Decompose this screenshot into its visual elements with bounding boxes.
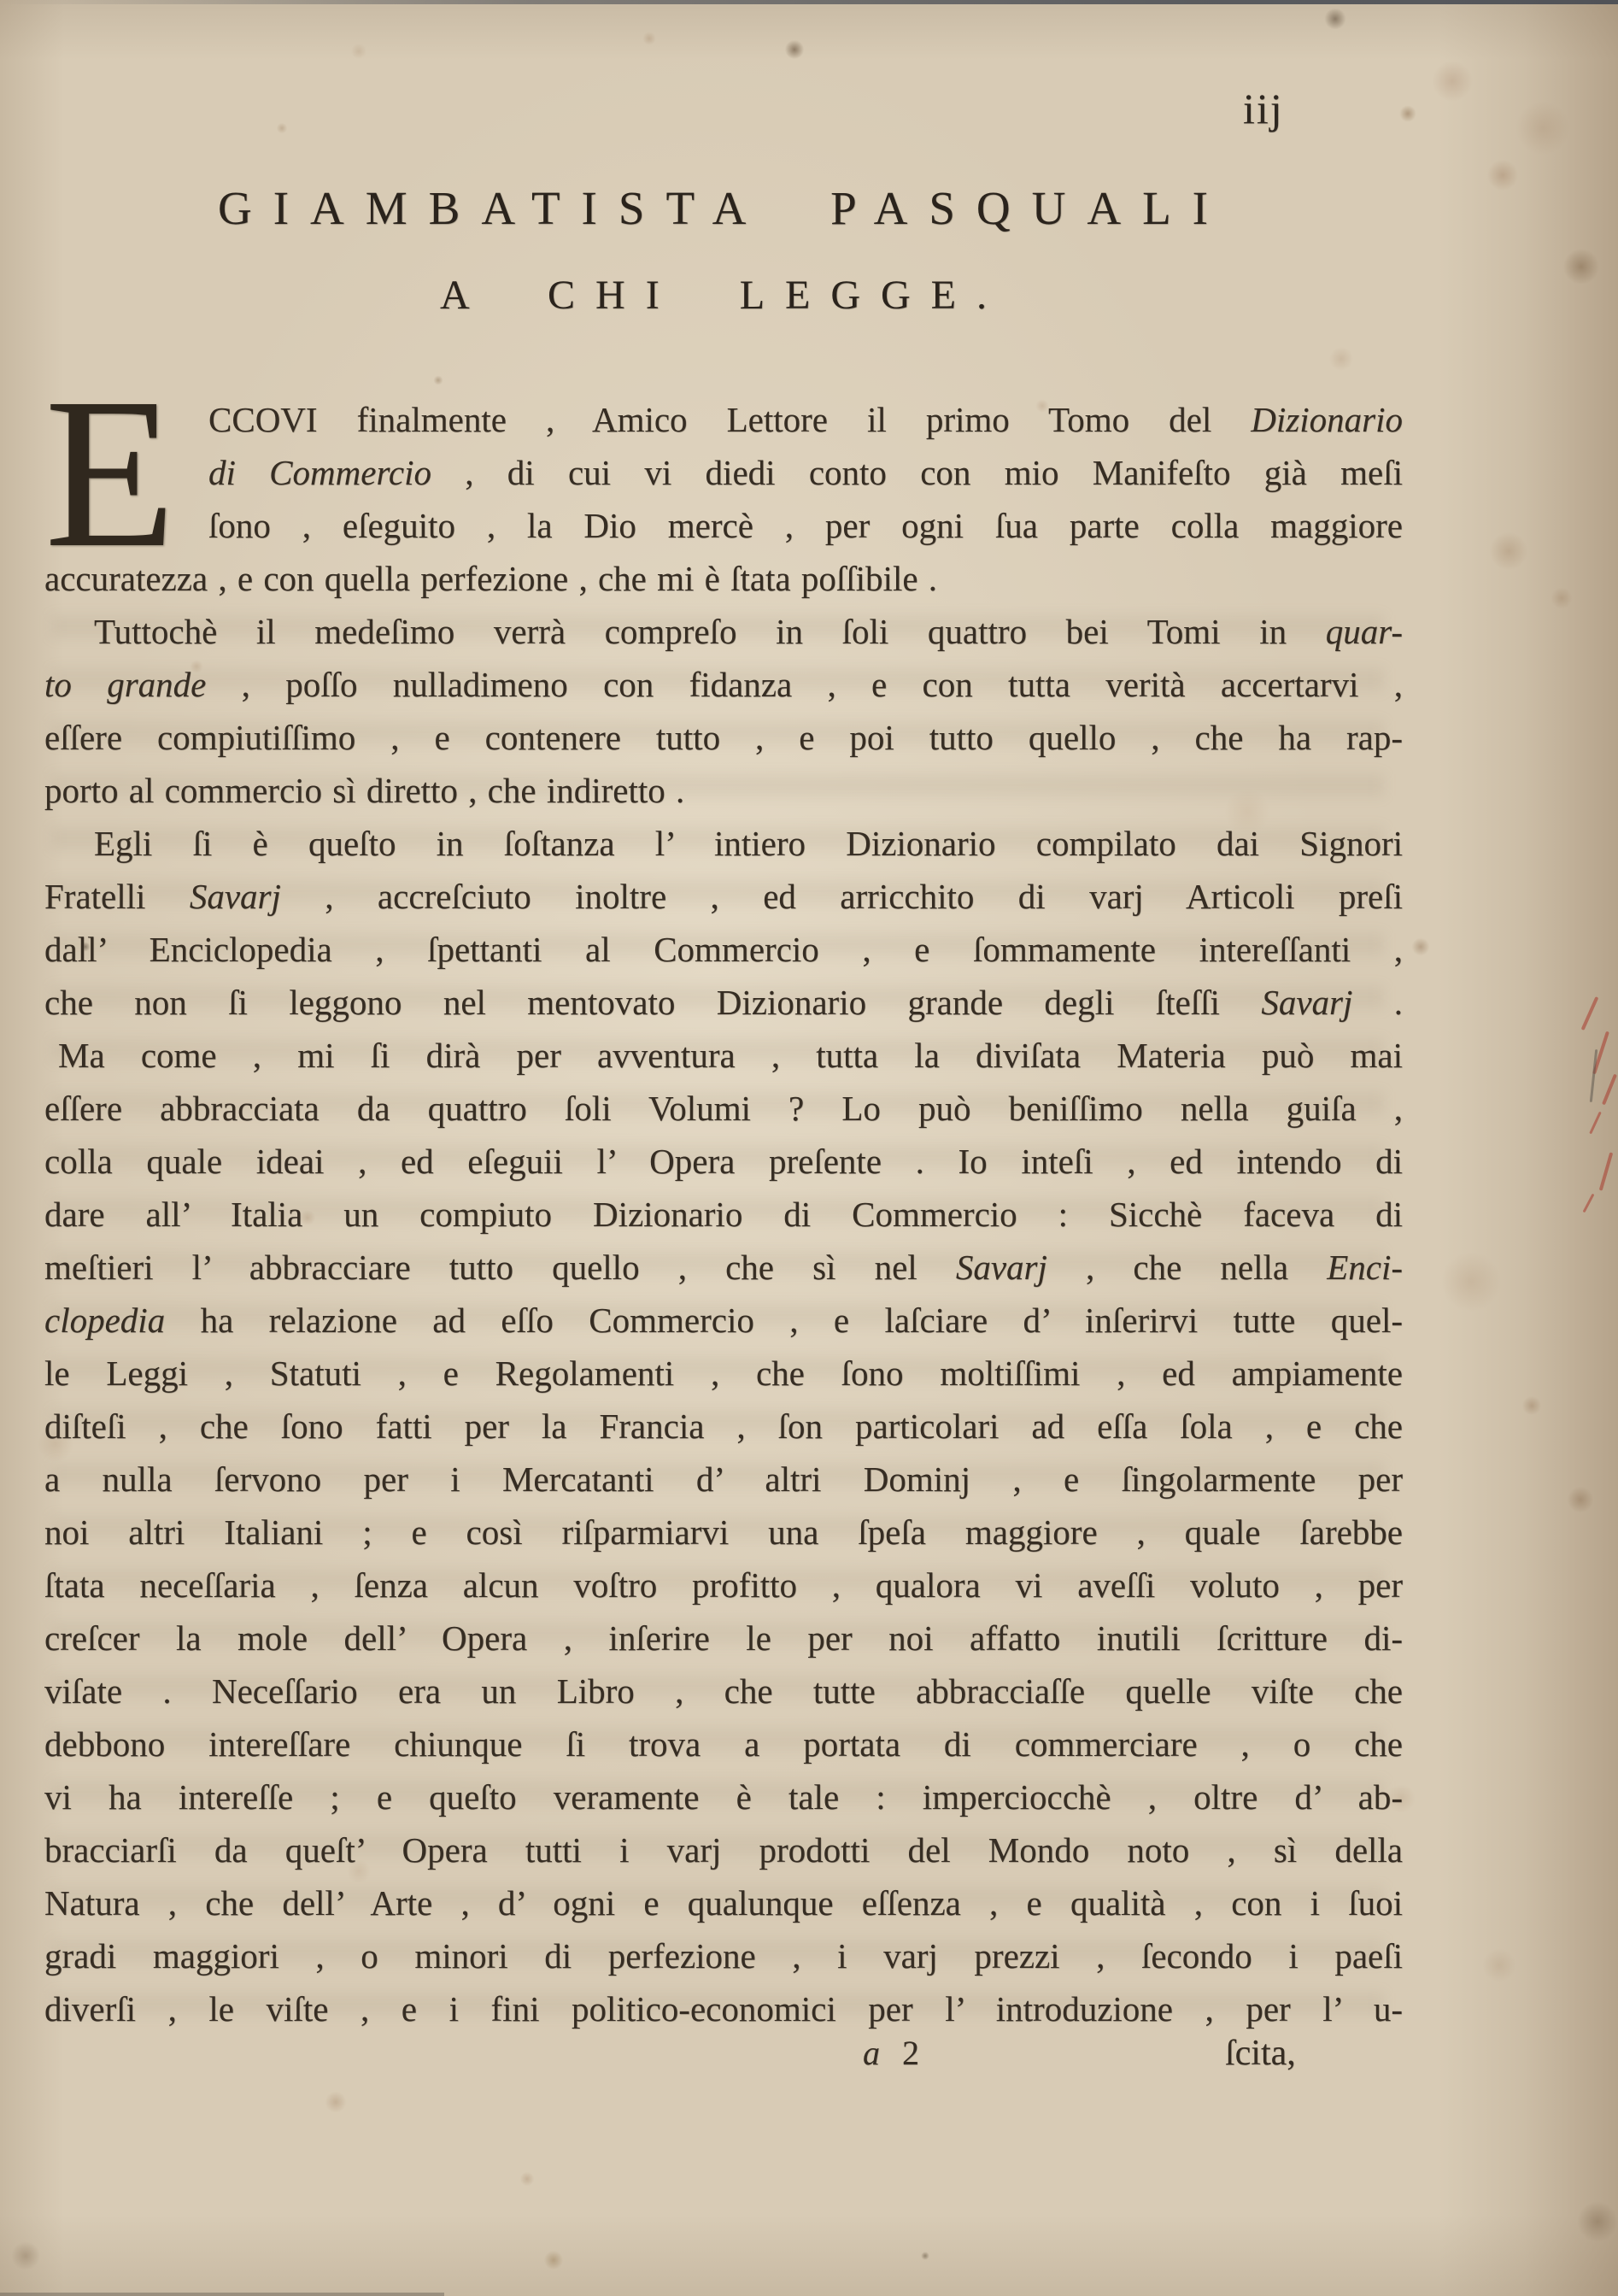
text-line: creſcer la mole dell’ Opera , inſerire l…	[44, 1612, 1403, 1665]
italic-text: quar-	[1326, 612, 1403, 651]
body-text-segment: .	[1352, 983, 1403, 1022]
drop-cap: E	[44, 393, 208, 552]
body-text-segment: , accreſciuto inoltre , ed arricchito di…	[281, 877, 1403, 916]
text-line: debbono intereſſare chiunque ſi trova a …	[44, 1718, 1403, 1770]
body-text-segment: gradi maggiori , o minori di perfezione …	[44, 1936, 1403, 1976]
red-ink-mark	[1583, 1194, 1595, 1213]
italic-text: Savarj	[1261, 983, 1352, 1022]
body-text-segment: eſſere compiutiſſimo , e contenere tutto…	[44, 718, 1403, 757]
red-ink-mark	[1602, 1074, 1617, 1106]
text-line: le Leggi , Statuti , e Regolamenti , che…	[44, 1347, 1403, 1400]
body-text-segment: ſtata neceſſaria , ſenza alcun voſtro pr…	[44, 1565, 1403, 1605]
body-text-segment: , poſſo nulladimeno con fidanza , e con …	[206, 665, 1403, 704]
text-line: Tuttochè il medeſimo verrà compreſo in ſ…	[44, 605, 1403, 658]
body-text-segment: dall’ Enciclopedia , ſpettanti al Commer…	[44, 930, 1403, 969]
body-text-segment: meſtieri l’ abbracciare tutto quello , c…	[44, 1248, 956, 1287]
body-text-segment: , di cui vi diedi conto con mio Manifeſt…	[431, 453, 1403, 492]
text-line: diſteſi , che ſono fatti per la Francia …	[44, 1400, 1403, 1453]
text-line: dall’ Enciclopedia , ſpettanti al Commer…	[44, 923, 1403, 976]
italic-text: di Commercio	[208, 453, 431, 492]
text-line: gradi maggiori , o minori di perfezione …	[44, 1929, 1403, 1982]
body-text-segment: Natura , che dell’ Arte , d’ ogni e qual…	[44, 1883, 1403, 1923]
text-line: ſono , eſeguito , la Dio mercè , per ogn…	[44, 499, 1403, 552]
text-line: porto al commercio sì diretto , che indi…	[44, 764, 1403, 817]
body-text-segment: bracciarſi da queſt’ Opera tutti i varj …	[44, 1830, 1403, 1870]
body-text-segment: a nulla ſervono per i Mercatanti d’ altr…	[44, 1459, 1403, 1499]
text-line: ſtata neceſſaria , ſenza alcun voſtro pr…	[44, 1559, 1403, 1612]
text-line: bracciarſi da queſt’ Opera tutti i varj …	[44, 1823, 1403, 1876]
body-text-segment: Fratelli	[44, 877, 190, 916]
text-line: dare all’ Italia un compiuto Dizionario …	[44, 1188, 1403, 1241]
catchword: ſcita,	[1225, 2027, 1296, 2080]
text-line: a nulla ſervono per i Mercatanti d’ altr…	[44, 1453, 1403, 1506]
body-text-segment: le Leggi , Statuti , e Regolamenti , che…	[44, 1354, 1403, 1393]
body-text-segment: ſono , eſeguito , la Dio mercè , per ogn…	[208, 506, 1403, 545]
signature-letter: a	[863, 2027, 880, 2080]
body-text-segment: diverſi , le viſte , e i fini politico-e…	[44, 1989, 1403, 2029]
red-ink-mark	[1599, 1152, 1614, 1190]
text-line: noi altri Italiani ; e così riſparmiarvi…	[44, 1506, 1403, 1559]
scan-edge-top	[0, 0, 1618, 4]
italic-text: Savarj	[956, 1248, 1047, 1287]
italic-text: clopedia	[44, 1301, 165, 1340]
book-page: iij GIAMBATISTA PASQUALI A CHI LEGGE. E …	[0, 0, 1618, 2296]
scan-edge-bottom	[0, 2293, 444, 2296]
italic-text: Dizionario	[1251, 400, 1403, 439]
page-title: GIAMBATISTA PASQUALI	[44, 181, 1403, 235]
italic-text: Enci-	[1327, 1248, 1403, 1287]
signature-number: 2	[902, 2027, 919, 2080]
scratch-mark	[1590, 1049, 1597, 1102]
body-text-segment: dare all’ Italia un compiuto Dizionario …	[44, 1195, 1403, 1234]
body-text-segment: accuratezza , e con quella perfezione , …	[44, 559, 937, 598]
body-text-segment: Egli ſi è queſto in ſoſtanza l’ intiero …	[94, 824, 1403, 863]
text-line: Natura , che dell’ Arte , d’ ogni e qual…	[44, 1876, 1403, 1929]
italic-text: to grande	[44, 665, 206, 704]
text-line: Egli ſi è queſto in ſoſtanza l’ intiero …	[44, 817, 1403, 870]
body-text: E CCOVI finalmente , Amico Lettore il pr…	[44, 393, 1403, 2035]
red-ink-mark	[1589, 1112, 1602, 1135]
text-line: di Commercio , di cui vi diedi conto con…	[44, 446, 1403, 499]
text-line: CCOVI finalmente , Amico Lettore il prim…	[44, 393, 1403, 446]
text-line: viſate . Neceſſario era un Libro , che t…	[44, 1665, 1403, 1718]
body-text-segment: , che nella	[1047, 1248, 1327, 1287]
body-text-segment: eſſere abbracciata da quattro ſoli Volum…	[44, 1089, 1403, 1128]
body-text-segment: noi altri Italiani ; e così riſparmiarvi…	[44, 1512, 1403, 1552]
red-ink-mark	[1581, 996, 1599, 1031]
text-line: Ma come , mi ſi dirà per avventura , tut…	[44, 1029, 1403, 1082]
text-line: to grande , poſſo nulladimeno con fidanz…	[44, 658, 1403, 711]
page-subtitle: A CHI LEGGE.	[44, 272, 1403, 319]
italic-text: Savarj	[190, 877, 281, 916]
body-text-segment: viſate . Neceſſario era un Libro , che t…	[44, 1671, 1403, 1711]
text-line: colla quale ideai , ed eſeguii l’ Opera …	[44, 1135, 1403, 1188]
body-text-segment: creſcer la mole dell’ Opera , inſerire l…	[44, 1618, 1403, 1658]
body-text-segment: colla quale ideai , ed eſeguii l’ Opera …	[44, 1142, 1403, 1181]
body-text-segment: Tuttochè il medeſimo verrà compreſo in ſ…	[94, 612, 1326, 651]
text-line: clopedia ha relazione ad eſſo Commercio …	[44, 1294, 1403, 1347]
body-text-segment: che non ſi leggono nel mentovato Diziona…	[44, 983, 1261, 1022]
body-text-segment: vi ha intereſſe ; e queſto veramente è t…	[44, 1777, 1403, 1817]
body-text-segment: CCOVI finalmente , Amico Lettore il prim…	[208, 400, 1251, 439]
body-text-segment: debbono intereſſare chiunque ſi trova a …	[44, 1724, 1403, 1764]
text-line: accuratezza , e con quella perfezione , …	[44, 552, 1403, 605]
text-line: eſſere compiutiſſimo , e contenere tutto…	[44, 711, 1403, 764]
text-line: vi ha intereſſe ; e queſto veramente è t…	[44, 1770, 1403, 1823]
body-text-segment: Ma come , mi ſi dirà per avventura , tut…	[58, 1036, 1403, 1075]
text-line: che non ſi leggono nel mentovato Diziona…	[44, 976, 1403, 1029]
text-line: meſtieri l’ abbracciare tutto quello , c…	[44, 1241, 1403, 1294]
text-line: Fratelli Savarj , accreſciuto inoltre , …	[44, 870, 1403, 923]
body-text-segment: ha relazione ad eſſo Commercio , e laſci…	[165, 1301, 1403, 1340]
signature-line: a 2 ſcita,	[44, 2027, 1403, 2080]
drop-cap-letter: E	[44, 393, 208, 552]
page-number: iij	[1243, 84, 1284, 133]
text-line: eſſere abbracciata da quattro ſoli Volum…	[44, 1082, 1403, 1135]
body-text-segment: porto al commercio sì diretto , che indi…	[44, 771, 684, 810]
body-text-segment: diſteſi , che ſono fatti per la Francia …	[44, 1406, 1403, 1446]
